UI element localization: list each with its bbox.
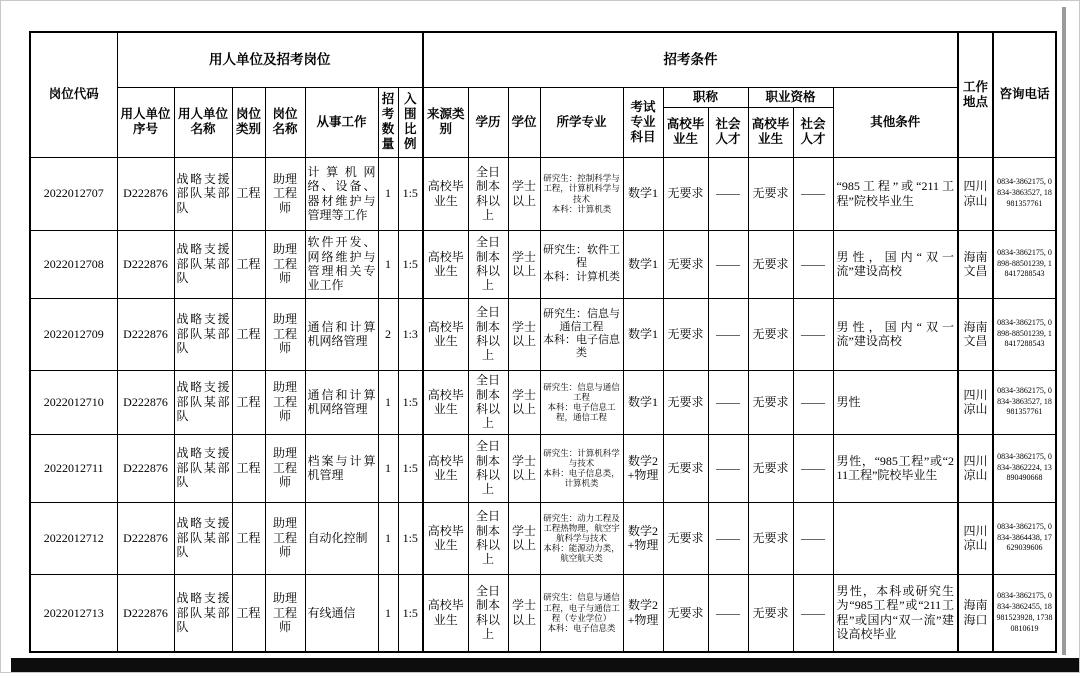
cell-qual_grad: 无要求 xyxy=(748,434,793,502)
cell-major: 研究生：软件工程 本科：计算机类 xyxy=(540,230,623,298)
cell-degree: 学士以上 xyxy=(508,502,540,574)
cell-degree: 学士以上 xyxy=(508,434,540,502)
cell-work: 档案与计算机管理 xyxy=(305,434,378,502)
cell-qual_social: —— xyxy=(793,370,833,434)
cell-major: 研究生：信息与通信工程 本科：电子信息工程，通信工程 xyxy=(540,370,623,434)
cell-work: 自动化控制 xyxy=(305,502,378,574)
cell-title_social: —— xyxy=(708,434,748,502)
table-row: 2022012711D222876战略支援部队某部队工程助理工程师档案与计算机管… xyxy=(30,434,1056,502)
cell-phone: 0834-3862175, 0834-3862455, 18981523928,… xyxy=(993,574,1056,652)
cell-edu: 全日制本科以上 xyxy=(468,157,508,230)
cell-qual_grad: 无要求 xyxy=(748,502,793,574)
header-education: 学历 xyxy=(468,87,508,157)
cell-degree: 学士以上 xyxy=(508,157,540,230)
cell-qual_social: —— xyxy=(793,157,833,230)
cell-title_grad: 无要求 xyxy=(663,434,708,502)
cell-title_grad: 无要求 xyxy=(663,502,708,574)
cell-degree: 学士以上 xyxy=(508,298,540,370)
cell-post: 助理工程师 xyxy=(265,230,305,298)
cell-edu: 全日制本科以上 xyxy=(468,434,508,502)
table-row: 2022012708D222876战略支援部队某部队工程助理工程师软件开发、网络… xyxy=(30,230,1056,298)
bottom-bar xyxy=(11,658,1079,673)
cell-unit_name: 战略支援部队某部队 xyxy=(174,157,232,230)
cell-exam: 数学1 xyxy=(623,370,663,434)
cell-qual_grad: 无要求 xyxy=(748,298,793,370)
cell-title_grad: 无要求 xyxy=(663,370,708,434)
header-contact-phone: 咨询电话 xyxy=(993,32,1056,157)
cell-category: 工程 xyxy=(232,370,265,434)
cell-location: 四川凉山 xyxy=(958,502,993,574)
cell-code: 2022012710 xyxy=(30,370,117,434)
cell-title_social: —— xyxy=(708,574,748,652)
cell-phone: 0834-3862175, 0834-3862224, 13890490668 xyxy=(993,434,1056,502)
cell-other: 男性 xyxy=(833,370,958,434)
cell-unit_no: D222876 xyxy=(117,502,174,574)
cell-category: 工程 xyxy=(232,502,265,574)
cell-qual_grad: 无要求 xyxy=(748,370,793,434)
cell-unit_name: 战略支援部队某部队 xyxy=(174,574,232,652)
cell-exam: 数学1 xyxy=(623,157,663,230)
cell-title_grad: 无要求 xyxy=(663,574,708,652)
cell-source: 高校毕业生 xyxy=(423,157,468,230)
cell-title_grad: 无要求 xyxy=(663,230,708,298)
cell-count: 1 xyxy=(378,574,398,652)
cell-unit_name: 战略支援部队某部队 xyxy=(174,434,232,502)
cell-unit_name: 战略支援部队某部队 xyxy=(174,230,232,298)
cell-work: 通信和计算机网络管理 xyxy=(305,298,378,370)
cell-edu: 全日制本科以上 xyxy=(468,574,508,652)
cell-edu: 全日制本科以上 xyxy=(468,230,508,298)
cell-major: 研究生：信息与通信工程 本科：电子信息类 xyxy=(540,298,623,370)
cell-category: 工程 xyxy=(232,574,265,652)
cell-title_social: —— xyxy=(708,230,748,298)
cell-qual_grad: 无要求 xyxy=(748,157,793,230)
cell-category: 工程 xyxy=(232,434,265,502)
cell-phone: 0834-3862175, 0834-3863527, 18981357761 xyxy=(993,370,1056,434)
cell-exam: 数学2+物理 xyxy=(623,502,663,574)
cell-location: 四川凉山 xyxy=(958,434,993,502)
header-group-conditions: 招考条件 xyxy=(423,32,958,87)
header-work-duty: 从事工作 xyxy=(305,87,378,157)
header-work-location: 工作地点 xyxy=(958,32,993,157)
cell-code: 2022012708 xyxy=(30,230,117,298)
cell-category: 工程 xyxy=(232,157,265,230)
cell-ratio: 1:5 xyxy=(398,574,423,652)
table-row: 2022012709D222876战略支援部队某部队工程助理工程师通信和计算机网… xyxy=(30,298,1056,370)
cell-major: 研究生：控制科学与工程，计算机科学与技术 本科：计算机类 xyxy=(540,157,623,230)
cell-code: 2022012707 xyxy=(30,157,117,230)
cell-other: 男性，国内“双一流”建设高校 xyxy=(833,298,958,370)
cell-unit_no: D222876 xyxy=(117,157,174,230)
cell-source: 高校毕业生 xyxy=(423,434,468,502)
cell-work: 通信和计算机网络管理 xyxy=(305,370,378,434)
cell-exam: 数学2+物理 xyxy=(623,434,663,502)
cell-source: 高校毕业生 xyxy=(423,502,468,574)
table-row: 2022012710D222876战略支援部队某部队工程助理工程师通信和计算机网… xyxy=(30,370,1056,434)
cell-major: 研究生：计算机科学与技术 本科：电子信息类，计算机类 xyxy=(540,434,623,502)
header-post-category: 岗位类别 xyxy=(232,87,265,157)
cell-edu: 全日制本科以上 xyxy=(468,502,508,574)
cell-major: 研究生：动力工程及工程热物理，航空宇航科学与技术 本科：能源动力类，航空航天类 xyxy=(540,502,623,574)
cell-phone: 0834-3862175, 0834-3863527, 18981357761 xyxy=(993,157,1056,230)
table-row: 2022012712D222876战略支援部队某部队工程助理工程师自动化控制11… xyxy=(30,502,1056,574)
cell-qual_social: —— xyxy=(793,574,833,652)
cell-unit_name: 战略支援部队某部队 xyxy=(174,298,232,370)
cell-post: 助理工程师 xyxy=(265,370,305,434)
cell-title_grad: 无要求 xyxy=(663,298,708,370)
cell-ratio: 1:5 xyxy=(398,434,423,502)
cell-title_social: —— xyxy=(708,502,748,574)
cell-title_grad: 无要求 xyxy=(663,157,708,230)
header-qual-social: 社会人才 xyxy=(793,107,833,157)
cell-code: 2022012709 xyxy=(30,298,117,370)
cell-count: 1 xyxy=(378,157,398,230)
cell-code: 2022012713 xyxy=(30,574,117,652)
cell-exam: 数学1 xyxy=(623,230,663,298)
cell-major: 研究生：信息与通信工程，电子与通信工程（专业学位） 本科：电子信息类 xyxy=(540,574,623,652)
cell-post: 助理工程师 xyxy=(265,298,305,370)
cell-degree: 学士以上 xyxy=(508,370,540,434)
header-unit-name: 用人单位名称 xyxy=(174,87,232,157)
cell-work: 软件开发、网络维护与管理相关专业工作 xyxy=(305,230,378,298)
cell-post: 助理工程师 xyxy=(265,157,305,230)
cell-other xyxy=(833,502,958,574)
cell-degree: 学士以上 xyxy=(508,574,540,652)
cell-source: 高校毕业生 xyxy=(423,230,468,298)
cell-source: 高校毕业生 xyxy=(423,370,468,434)
cell-source: 高校毕业生 xyxy=(423,298,468,370)
cell-source: 高校毕业生 xyxy=(423,574,468,652)
cell-ratio: 1:5 xyxy=(398,370,423,434)
cell-unit_no: D222876 xyxy=(117,298,174,370)
cell-code: 2022012712 xyxy=(30,502,117,574)
cell-location: 海南文昌 xyxy=(958,230,993,298)
table-row: 2022012707D222876战略支援部队某部队工程助理工程师计算机网络、设… xyxy=(30,157,1056,230)
cell-count: 1 xyxy=(378,434,398,502)
cell-qual_social: —— xyxy=(793,502,833,574)
cell-location: 四川凉山 xyxy=(958,157,993,230)
table-header: 岗位代码 用人单位及招考岗位 招考条件 工作地点 咨询电话 用人单位序号 用人单… xyxy=(30,32,1056,157)
cell-other: 男性，“985工程”或“211工程”院校毕业生 xyxy=(833,434,958,502)
cell-work: 计算机网络、设备、器材维护与管理等工作 xyxy=(305,157,378,230)
cell-unit_no: D222876 xyxy=(117,370,174,434)
header-shortlist-ratio: 入围比例 xyxy=(398,87,423,157)
cell-location: 海南海口 xyxy=(958,574,993,652)
cell-phone: 0834-3862175, 0834-3864438, 17629039606 xyxy=(993,502,1056,574)
header-qual-graduate: 高校毕业生 xyxy=(748,107,793,157)
cell-ratio: 1:5 xyxy=(398,157,423,230)
cell-degree: 学士以上 xyxy=(508,230,540,298)
cell-unit_no: D222876 xyxy=(117,434,174,502)
cell-count: 2 xyxy=(378,298,398,370)
cell-other: 男性，国内“双一流”建设高校 xyxy=(833,230,958,298)
cell-title_social: —— xyxy=(708,298,748,370)
cell-qual_grad: 无要求 xyxy=(748,230,793,298)
header-group-professional-title: 职称 xyxy=(663,87,748,107)
cell-exam: 数学1 xyxy=(623,298,663,370)
header-degree: 学位 xyxy=(508,87,540,157)
cell-phone: 0834-3862175, 0898-88501239, 18417288543 xyxy=(993,230,1056,298)
cell-work: 有线通信 xyxy=(305,574,378,652)
cell-ratio: 1:5 xyxy=(398,502,423,574)
header-source-type: 来源类别 xyxy=(423,87,468,157)
recruitment-table: 岗位代码 用人单位及招考岗位 招考条件 工作地点 咨询电话 用人单位序号 用人单… xyxy=(29,31,1057,653)
cell-unit_name: 战略支援部队某部队 xyxy=(174,370,232,434)
cell-count: 1 xyxy=(378,230,398,298)
cell-title_social: —— xyxy=(708,370,748,434)
header-title-social: 社会人才 xyxy=(708,107,748,157)
cell-location: 海南文昌 xyxy=(958,298,993,370)
cell-code: 2022012711 xyxy=(30,434,117,502)
cell-unit_no: D222876 xyxy=(117,230,174,298)
cell-qual_social: —— xyxy=(793,230,833,298)
cell-category: 工程 xyxy=(232,230,265,298)
cell-count: 1 xyxy=(378,370,398,434)
page-right-shadow xyxy=(1062,7,1066,655)
cell-category: 工程 xyxy=(232,298,265,370)
cell-qual_social: —— xyxy=(793,434,833,502)
cell-post: 助理工程师 xyxy=(265,434,305,502)
cell-phone: 0834-3862175, 0898-88501239, 18417288543 xyxy=(993,298,1056,370)
cell-unit_no: D222876 xyxy=(117,574,174,652)
header-title-graduate: 高校毕业生 xyxy=(663,107,708,157)
cell-title_social: —— xyxy=(708,157,748,230)
cell-edu: 全日制本科以上 xyxy=(468,298,508,370)
cell-post: 助理工程师 xyxy=(265,502,305,574)
cell-other: 男性，本科或研究生为“985工程”或“211工程”或国内“双一流”建设高校毕业 xyxy=(833,574,958,652)
header-unit-no: 用人单位序号 xyxy=(117,87,174,157)
table-body: 2022012707D222876战略支援部队某部队工程助理工程师计算机网络、设… xyxy=(30,157,1056,652)
header-group-unit: 用人单位及招考岗位 xyxy=(117,32,423,87)
cell-exam: 数学2+物理 xyxy=(623,574,663,652)
cell-other: “985工程”或“211工程”院校毕业生 xyxy=(833,157,958,230)
cell-ratio: 1:5 xyxy=(398,230,423,298)
header-recruit-count: 招考数量 xyxy=(378,87,398,157)
header-exam-subject: 考试专业科目 xyxy=(623,87,663,157)
cell-edu: 全日制本科以上 xyxy=(468,370,508,434)
cell-count: 1 xyxy=(378,502,398,574)
header-post-name: 岗位名称 xyxy=(265,87,305,157)
header-position-code: 岗位代码 xyxy=(30,32,117,157)
header-major: 所学专业 xyxy=(540,87,623,157)
cell-location: 四川凉山 xyxy=(958,370,993,434)
cell-ratio: 1:3 xyxy=(398,298,423,370)
table-row: 2022012713D222876战略支援部队某部队工程助理工程师有线通信11:… xyxy=(30,574,1056,652)
cell-qual_grad: 无要求 xyxy=(748,574,793,652)
header-other-conditions: 其他条件 xyxy=(833,87,958,157)
header-group-vocational-qualification: 职业资格 xyxy=(748,87,833,107)
cell-qual_social: —— xyxy=(793,298,833,370)
cell-unit_name: 战略支援部队某部队 xyxy=(174,502,232,574)
document-page: 岗位代码 用人单位及招考岗位 招考条件 工作地点 咨询电话 用人单位序号 用人单… xyxy=(0,0,1080,673)
cell-post: 助理工程师 xyxy=(265,574,305,652)
